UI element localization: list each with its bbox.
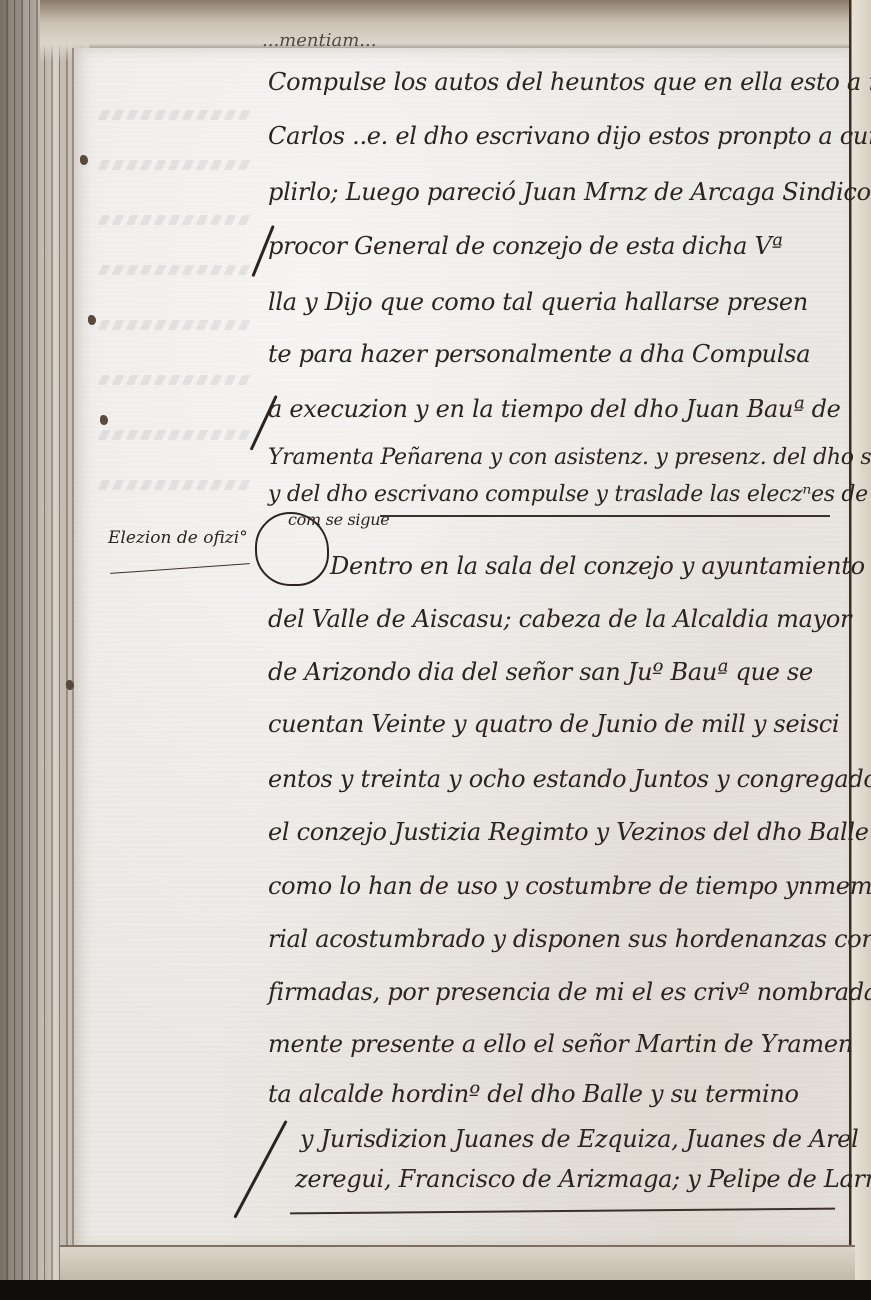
manuscript-line: Carlos ..e. el dho escrivano dijo estos … (268, 122, 871, 150)
bleed-through-line (98, 160, 253, 170)
manuscript-line: ta alcalde hordinº del dho Balle y su te… (268, 1080, 799, 1108)
section-rule (380, 515, 830, 517)
bleed-through-line (98, 215, 253, 225)
manuscript-line: a execuzion y en la tiempo del dho Juan … (268, 395, 841, 423)
manuscript-page (72, 48, 852, 1248)
manuscript-line: Dentro en la sala del conzejo y ayuntami… (330, 552, 865, 580)
bleed-through-line (98, 265, 253, 275)
manuscript-line: del Valle de Aiscasu; cabeza de la Alcal… (268, 605, 851, 633)
manuscript-line: y del dho escrivano compulse y traslade … (268, 482, 871, 507)
binding-shadow (0, 1280, 871, 1300)
manuscript-line: procor General de conzejo de esta dicha … (268, 232, 783, 260)
manuscript-line: firmadas, por presencia de mi el es criv… (268, 978, 871, 1006)
manuscript-line: lla y Dijo que como tal queria hallarse … (268, 288, 808, 316)
manuscript-line: entos y treinta y ocho estando Juntos y … (268, 765, 871, 793)
manuscript-line: de Arizondo dia del señor san Juº Bauª q… (268, 658, 813, 686)
manuscript-line: rial acostumbrado y disponen sus hordena… (268, 925, 871, 953)
manuscript-line: Compulse los autos del heuntos que en el… (268, 68, 871, 96)
manuscript-line: mente presente a ello el señor Martin de… (268, 1030, 853, 1058)
margin-note: Elezion de ofizi° (108, 528, 248, 548)
manuscript-line: te para hazer personalmente a dha Compul… (268, 340, 810, 368)
bleed-through-line (98, 110, 253, 120)
manuscript-line: y Jurisdizion Juanes de Ezquiza, Juanes … (300, 1125, 858, 1153)
manuscript-line: plirlo; Luego pareció Juan Mrnz de Arcag… (268, 178, 871, 206)
manuscript-line: zeregui, Francisco de Arizmaga; y Pelipe… (295, 1165, 871, 1193)
manuscript-line: Yramenta Peñarena y con asistenz. y pres… (268, 445, 871, 470)
ink-stain (80, 155, 88, 165)
ink-stain (66, 680, 74, 690)
bleed-through-line (98, 375, 253, 385)
bleed-through-line (98, 430, 253, 440)
page-bottom-edge (60, 1245, 855, 1282)
ink-stain (88, 315, 96, 325)
bleed-through-line (98, 480, 253, 490)
bleed-through-line (98, 320, 253, 330)
ink-stain (100, 415, 108, 425)
decorated-initial (255, 512, 329, 586)
manuscript-line: el conzejo Justizia Regimto y Vezinos de… (268, 818, 869, 846)
manuscript-line: cuentan Veinte y quatro de Junio de mill… (268, 710, 839, 738)
manuscript-line: como lo han de uso y costumbre de tiempo… (268, 872, 871, 900)
cut-off-top-line: ...mentiam... (262, 30, 376, 51)
